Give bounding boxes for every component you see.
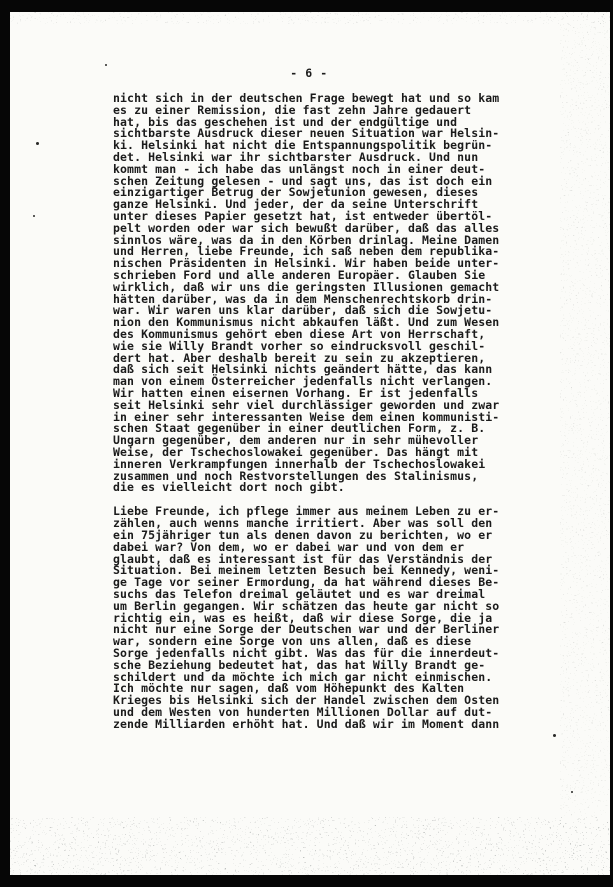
page-body-text: nicht sich in der deutschen Frage bewegt… [113,93,508,731]
scanned-page: - 6 - nicht sich in der deutschen Frage … [10,12,610,875]
paragraph-helsinki: nicht sich in der deutschen Frage bewegt… [113,93,508,494]
page-number: - 6 - [113,68,505,80]
ink-speck [36,142,39,145]
ink-speck [571,791,573,793]
paragraph-liebe-freunde: Liebe Freunde, ich pflege immer aus mein… [113,506,508,730]
ink-speck [33,215,35,217]
ink-speck [105,64,107,66]
ink-speck [553,734,556,737]
